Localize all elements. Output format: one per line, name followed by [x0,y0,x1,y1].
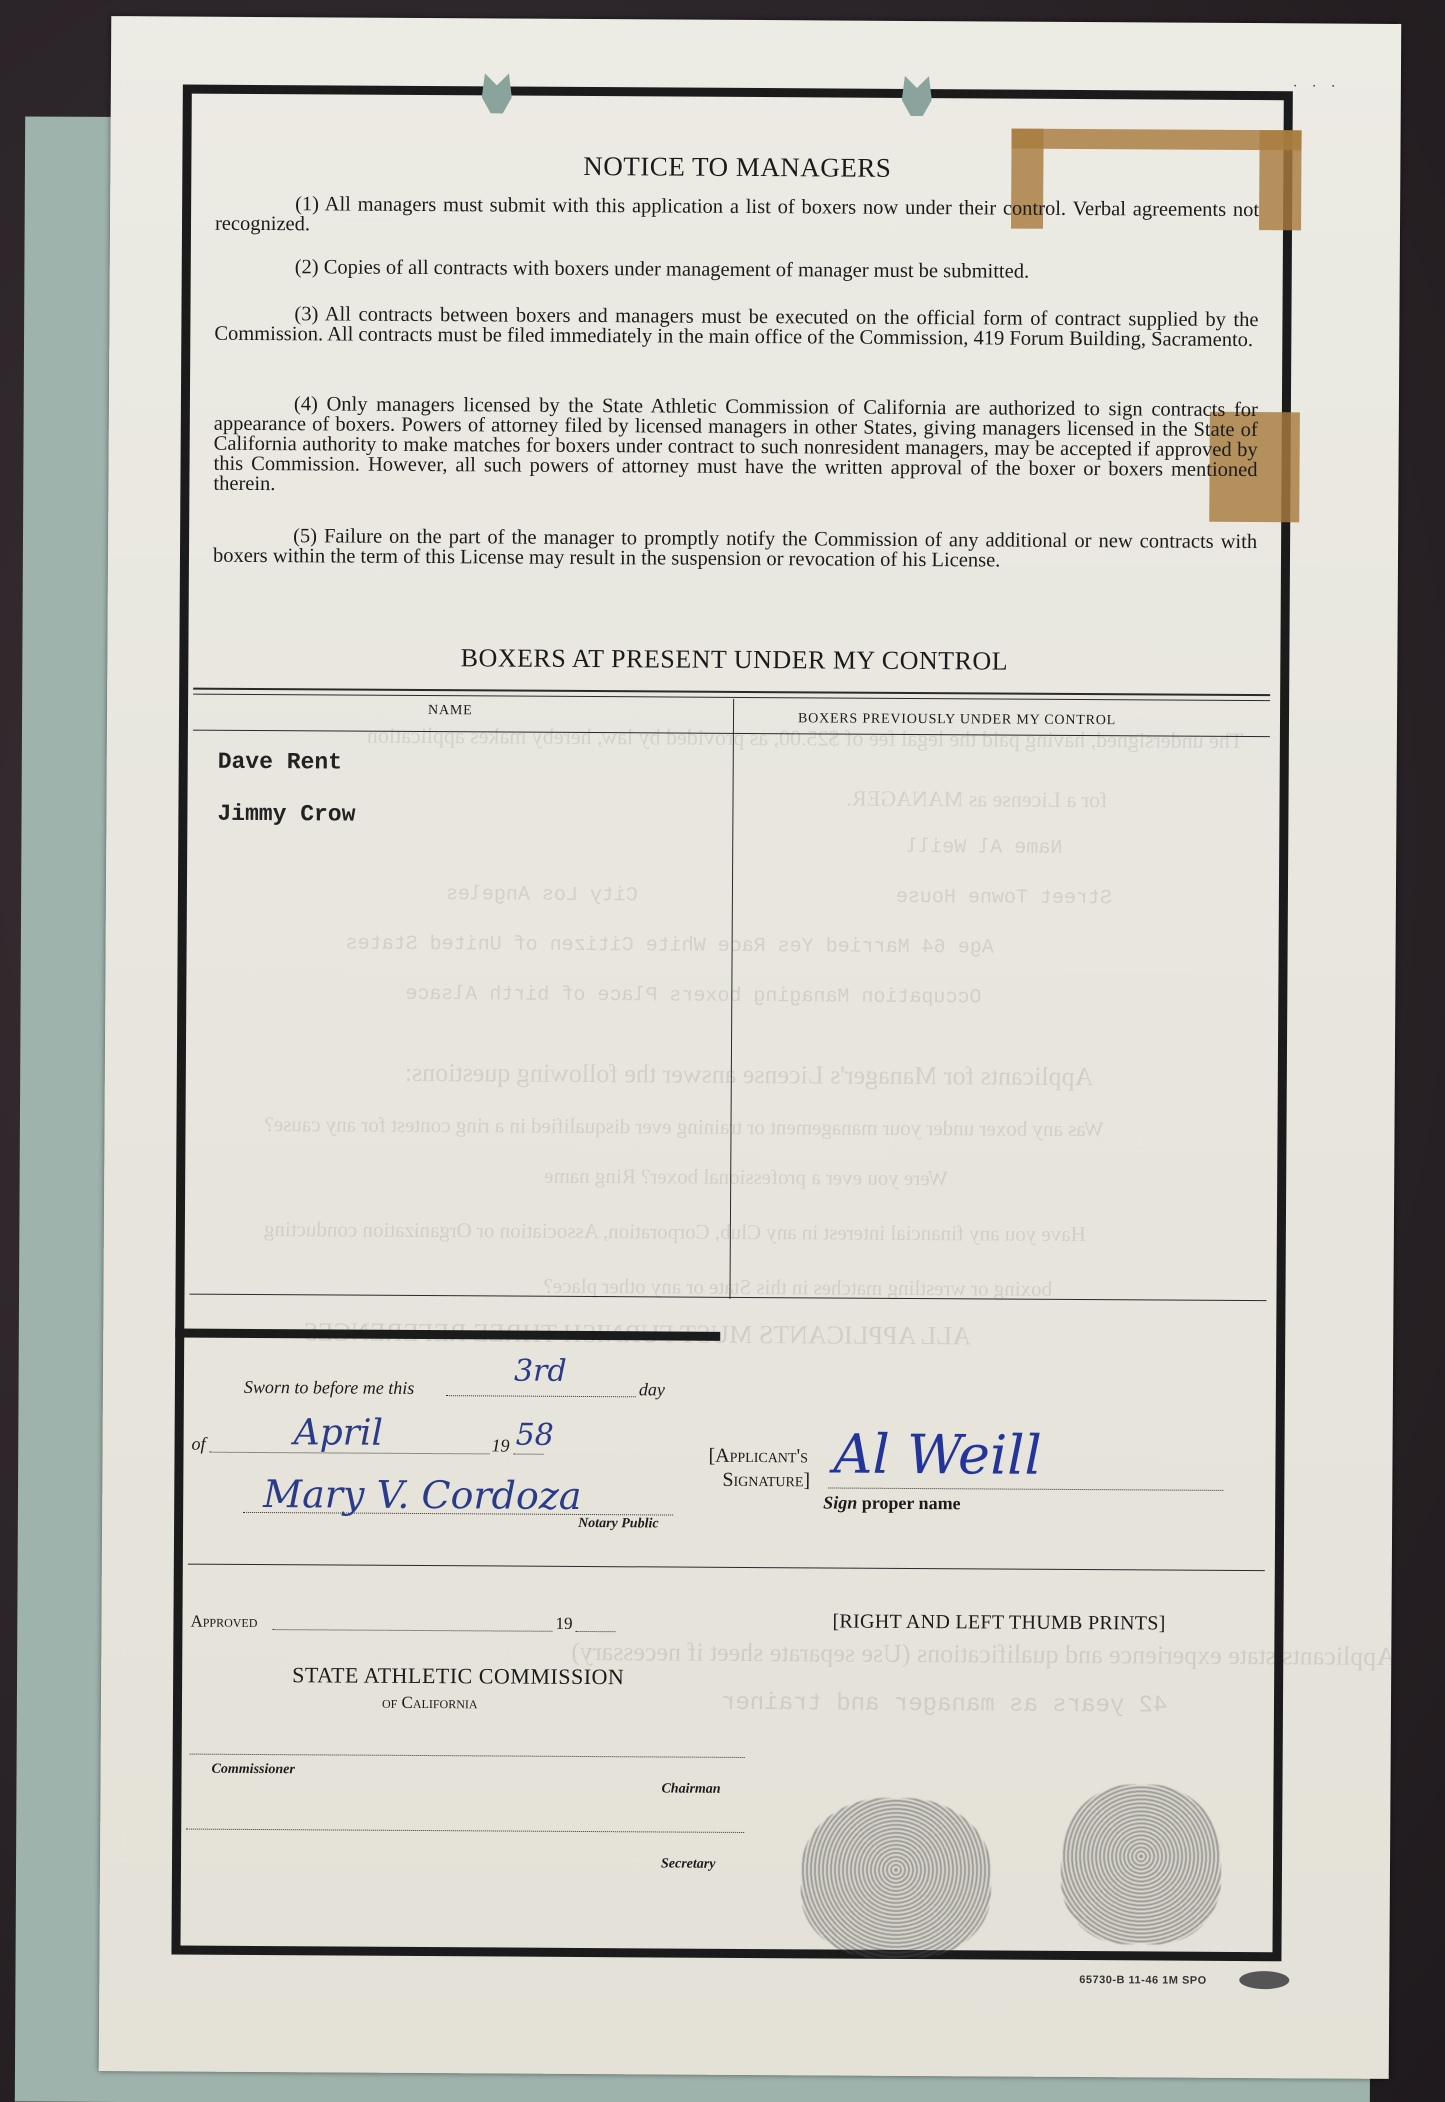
approved-year-line [575,1631,615,1632]
month-field[interactable]: April [294,1412,384,1454]
current-boxer-name: Dave Rent [218,749,342,776]
secretary-label: Secretary [661,1856,716,1872]
chairman-label: Chairman [661,1781,720,1797]
thumb-prints-label: [RIGHT AND LEFT THUMB PRINTS] [832,1611,1165,1636]
staple-hole [902,76,932,116]
notice-title: NOTICE TO MANAGERS [191,149,1283,187]
approved-label: Approved [190,1612,257,1632]
section-divider-bar [175,1328,720,1340]
commission-state: of California [382,1693,478,1714]
notary-public-label: Notary Public [578,1516,659,1532]
notice-paragraph-4: (4) Only managers licensed by the State … [213,394,1258,500]
commission-name: STATE ATHLETIC COMMISSION [292,1662,624,1690]
year-field[interactable]: 58 [516,1418,554,1453]
secretary-line [186,1829,744,1833]
right-thumbprint [800,1797,991,1958]
commissioner-line [190,1754,745,1758]
applicant-signature[interactable]: Al Weill [833,1423,1042,1487]
union-bug-logo [1239,1971,1289,1989]
notice-paragraph-2: (2) Copies of all contracts with boxers … [215,257,1259,283]
document-page: ∙ ∙ ∙ The undersigned, having paid the l… [99,16,1402,2079]
notary-signature[interactable]: Mary V. Cordoza [263,1472,581,1518]
day-field-line [446,1395,636,1397]
boxers-section-title: BOXERS AT PRESENT UNDER MY CONTROL [188,642,1280,679]
approved-year-prefix: 19 [555,1614,572,1634]
sworn-label: Sworn to before me this [244,1377,414,1399]
column-header-previous: BOXERS PREVIOUSLY UNDER MY CONTROL [798,711,1116,729]
staple-hole [482,73,512,113]
day-label: day [639,1379,665,1400]
of-label: of [192,1434,206,1455]
print-code: 65730-B 11-46 1M SPO [1079,1974,1206,1987]
year-prefix: 19 [491,1435,509,1456]
applicant-signature-line [828,1487,1223,1490]
table-bottom-rule [189,1294,1266,1302]
approved-date-line [272,1629,552,1632]
year-field-line [514,1454,544,1455]
left-thumbprint [1061,1784,1222,1945]
sign-proper-name-note: Sign proper name [823,1492,961,1514]
commissioner-label: Commissioner [212,1762,295,1779]
column-header-name: NAME [428,703,473,719]
current-boxer-name: Jimmy Crow [217,801,355,828]
table-column-divider [729,699,734,1299]
form-border: NOTICE TO MANAGERS (1) All managers must… [171,85,1292,1962]
notary-section-bottom-rule [188,1564,1265,1572]
paper-marks: ∙ ∙ ∙ [1293,79,1341,95]
tape-residue [1011,129,1301,151]
table-header-rule [193,730,1270,738]
day-field[interactable]: 3rd [514,1354,567,1389]
applicant-signature-label: [Applicant's Signature] [708,1444,810,1493]
notice-paragraph-5: (5) Failure on the part of the manager t… [213,526,1257,572]
notice-paragraph-3: (3) All contracts between boxers and man… [214,304,1258,350]
notice-paragraph-1: (1) All managers must submit with this a… [215,194,1259,240]
